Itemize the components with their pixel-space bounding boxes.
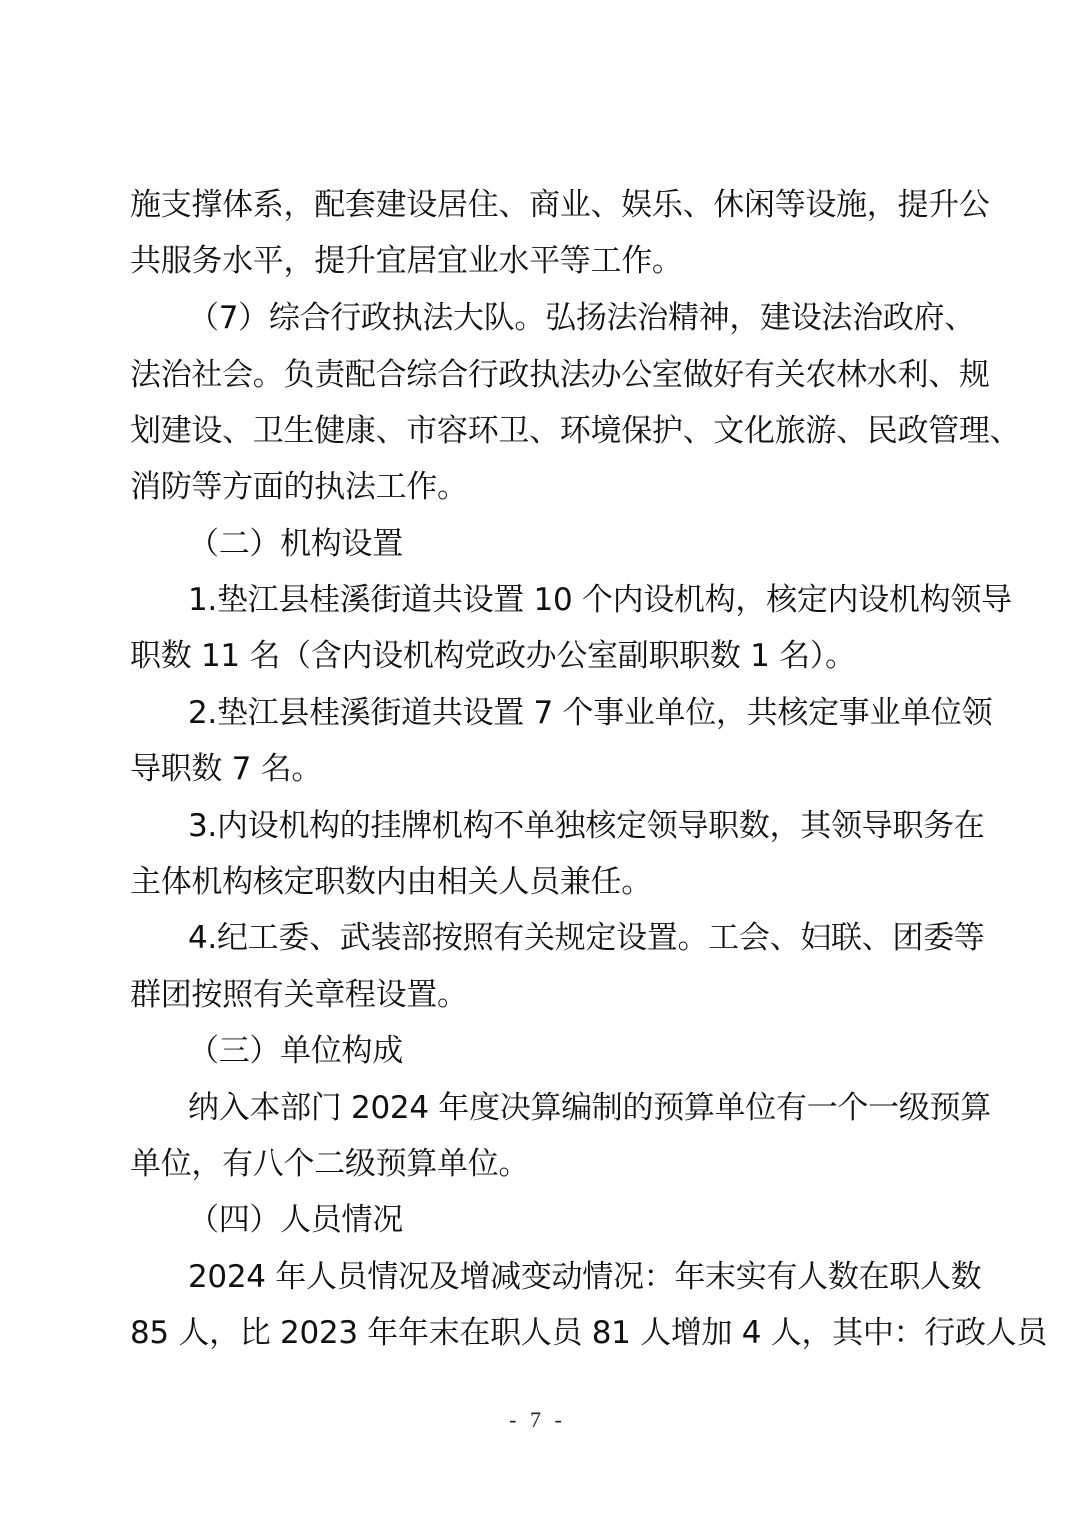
paragraph-line: 消防等方面的执法工作。 (130, 467, 935, 507)
paragraph-line: 1.垫江县桂溪街道共设置 10 个内设机构，核定内设机构领导 (188, 580, 935, 620)
paragraph-line: 主体机构核定职数内由相关人员兼任。 (130, 862, 935, 902)
paragraph-line: 导职数 7 名。 (130, 749, 935, 789)
paragraph-line: 2024 年人员情况及增减变动情况：年末实有人数在职人数 (188, 1257, 935, 1297)
paragraph-line: 划建设、卫生健康、市容环卫、环境保护、文化旅游、民政管理、 (130, 411, 935, 451)
paragraph-line: 2.垫江县桂溪街道共设置 7 个事业单位，共核定事业单位领 (188, 693, 935, 733)
page-number: - 7 - (0, 1406, 1075, 1434)
paragraph-line: （7）综合行政执法大队。弘扬法治精神，建设法治政府、 (188, 298, 935, 338)
paragraph-line: 法治社会。负责配合综合行政执法办公室做好有关农林水利、规 (130, 355, 935, 395)
paragraph-line: 共服务水平，提升宜居宜业水平等工作。 (130, 241, 935, 281)
document-page: 施支撑体系，配套建设居住、商业、娱乐、休闲等设施，提升公 共服务水平，提升宜居宜… (0, 0, 1075, 1520)
section-heading: （四）人员情况 (188, 1200, 935, 1240)
section-heading: （二）机构设置 (188, 524, 935, 564)
paragraph-line: 单位，有八个二级预算单位。 (130, 1144, 935, 1184)
paragraph-line: 群团按照有关章程设置。 (130, 975, 935, 1015)
paragraph-line: 施支撑体系，配套建设居住、商业、娱乐、休闲等设施，提升公 (130, 185, 935, 225)
paragraph-line: 4.纪工委、武装部按照有关规定设置。工会、妇联、团委等 (188, 918, 935, 958)
paragraph-line: 纳入本部门 2024 年度决算编制的预算单位有一个一级预算 (188, 1088, 935, 1128)
section-heading: （三）单位构成 (188, 1031, 935, 1071)
paragraph-line: 85 人，比 2023 年年末在职人员 81 人增加 4 人，其中：行政人员 (130, 1313, 935, 1353)
paragraph-line: 3.内设机构的挂牌机构不单独核定领导职数，其领导职务在 (188, 806, 935, 846)
paragraph-line: 职数 11 名（含内设机构党政办公室副职职数 1 名）。 (130, 636, 935, 676)
